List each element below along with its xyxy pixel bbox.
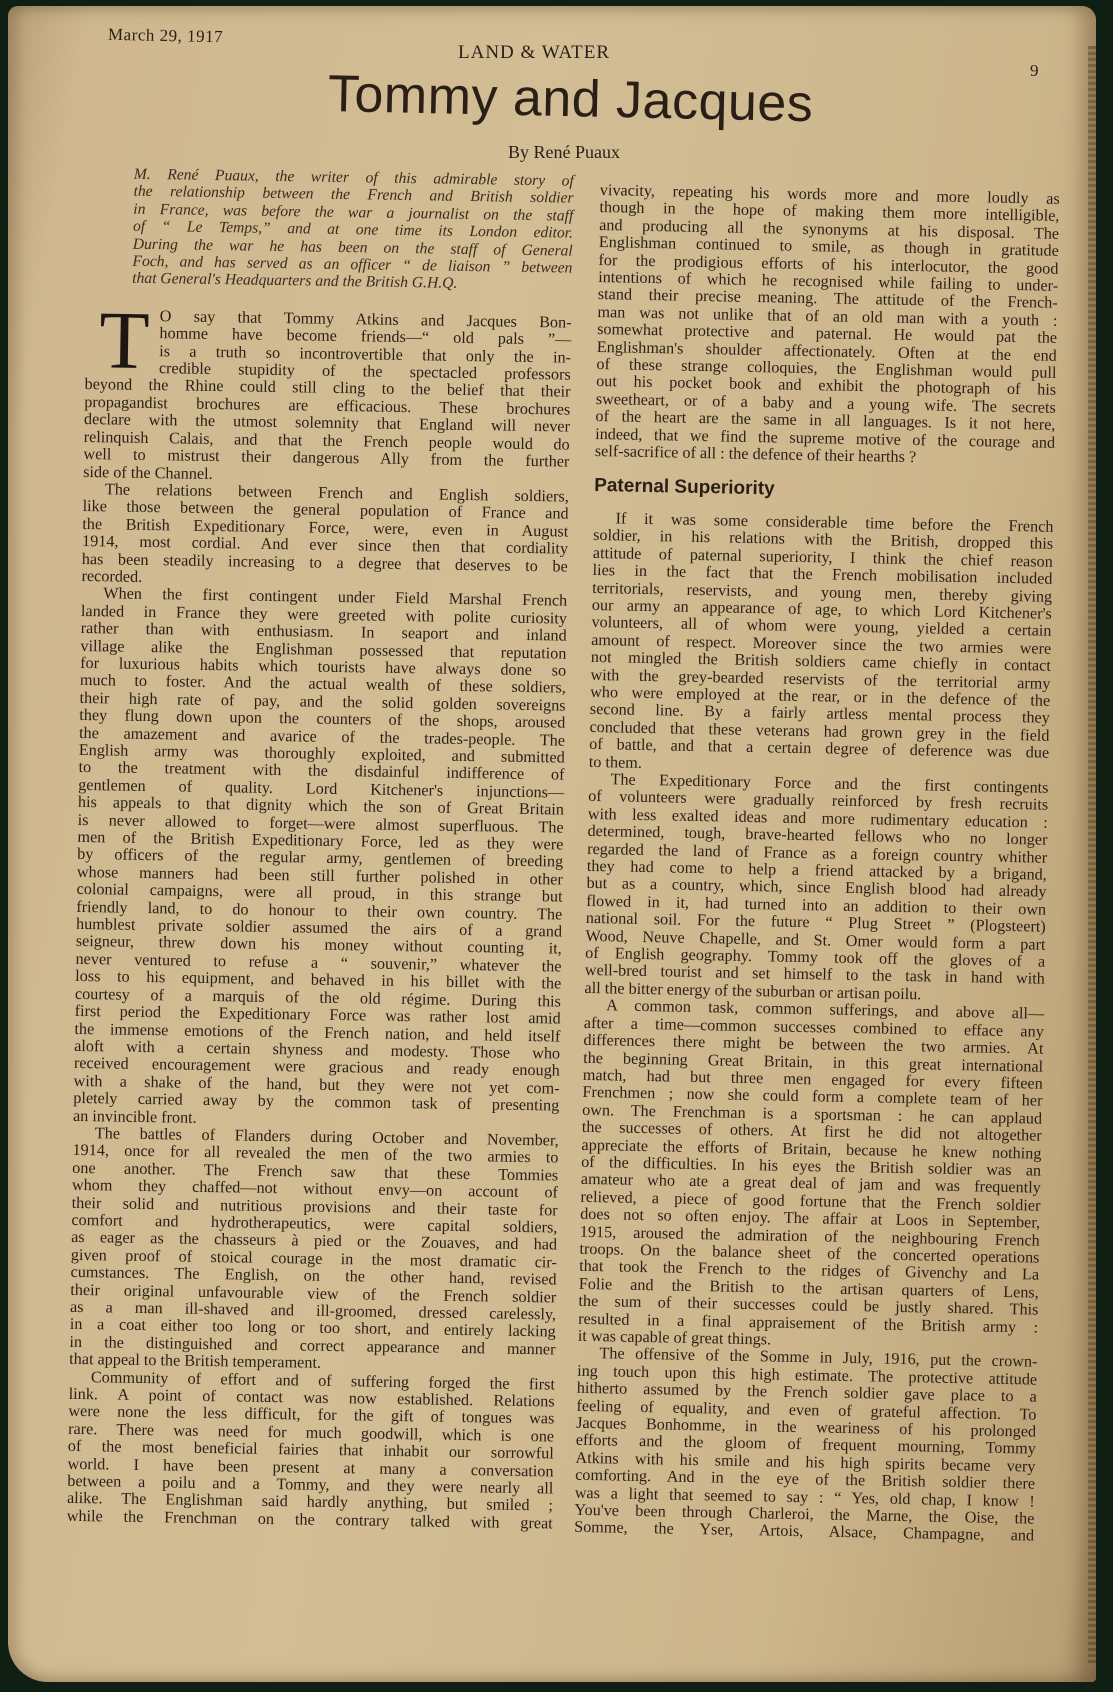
article-byline: By René Puaux bbox=[508, 142, 620, 163]
paragraph-5: Community of effort and of suffering for… bbox=[67, 1368, 555, 1532]
drop-cap: T bbox=[99, 309, 150, 372]
magazine-name: LAND & WATER bbox=[458, 42, 610, 64]
magazine-page: March 29, 1917 LAND & WATER 9 Tommy and … bbox=[8, 6, 1096, 1682]
paragraph-2: The relations between French and English… bbox=[81, 481, 569, 593]
paragraph-6: vivacity, repeating his words more and m… bbox=[595, 182, 1060, 469]
article-intro: M. René Puaux, the writer of this admira… bbox=[86, 165, 574, 294]
opening-paragraph: T O say that Tommy Atkins and Jacques Bo… bbox=[83, 307, 572, 489]
issue-date: March 29, 1917 bbox=[108, 25, 224, 47]
paragraph-10: The offensive of the Somme in July, 1916… bbox=[574, 1345, 1038, 1545]
paragraph-7: If it was some considerable time before … bbox=[589, 510, 1054, 780]
page-number: 9 bbox=[1030, 61, 1039, 81]
left-column: M. René Puaux, the writer of this admira… bbox=[67, 165, 574, 1533]
right-column: vivacity, repeating his words more and m… bbox=[574, 182, 1060, 1545]
paragraph-9: A common task, common sufferings, and ab… bbox=[578, 997, 1045, 1354]
section-subheading: Paternal Superiority bbox=[594, 476, 1054, 502]
dropcap-lines: O say that Tommy Atkins and Jacques Bon-… bbox=[85, 307, 572, 384]
article-title: Tommy and Jacques bbox=[327, 64, 848, 135]
paragraph-1: beyond the Rhine could still cling to th… bbox=[83, 376, 571, 488]
paragraph-4: The battles of Flanders during October a… bbox=[69, 1125, 559, 1376]
page-edge bbox=[1088, 46, 1096, 1666]
paragraph-8: The Expeditionary Force and the first co… bbox=[584, 771, 1048, 1006]
paragraph-3: When the first contingent under Field Ma… bbox=[73, 585, 567, 1132]
